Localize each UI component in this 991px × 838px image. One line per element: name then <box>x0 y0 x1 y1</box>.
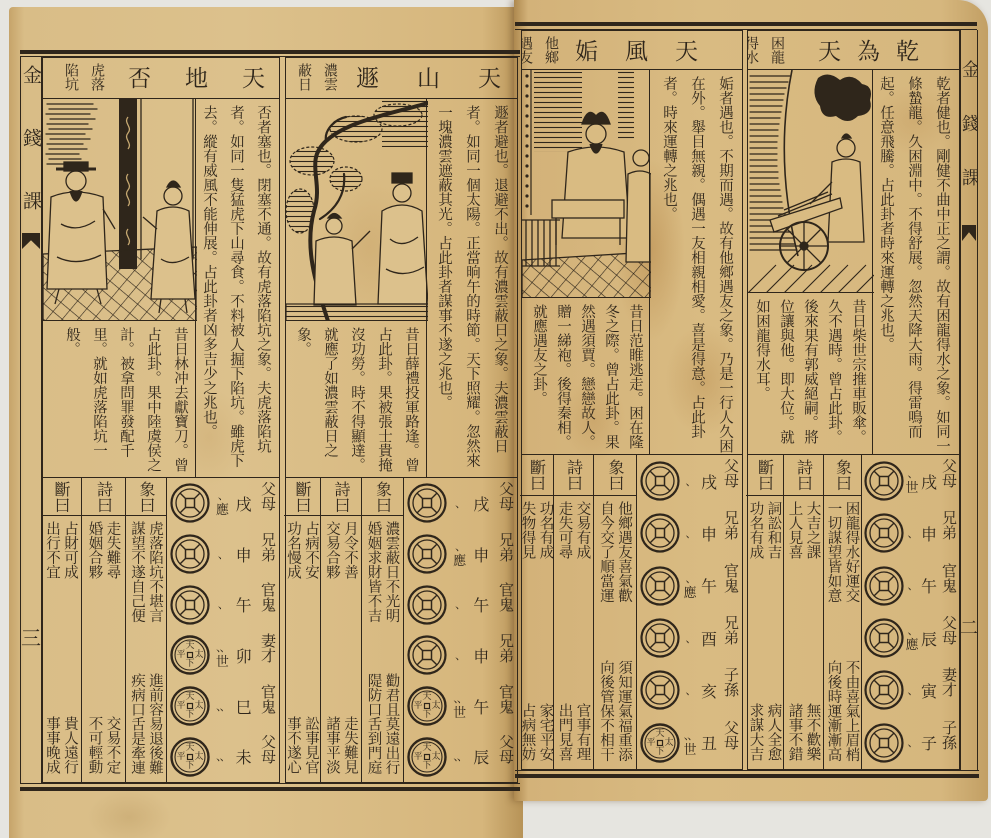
coin-icon <box>407 483 447 523</box>
hexagram-title: 天山遯 <box>334 64 517 90</box>
verse-line: 走失難尋 <box>104 521 122 579</box>
hexagram-line: 父母戌、 <box>637 455 742 507</box>
line-marks: 、、世 <box>452 691 468 721</box>
verse-group-upper: 虎落陷坑不堪言謀望不遂自己便 <box>128 521 164 623</box>
coin-icon: 天太下平 <box>170 737 210 777</box>
verse-line: 須知運氣福重添 <box>615 660 633 762</box>
line-marks: 、應 <box>682 571 698 601</box>
six-relative: 妻才 <box>938 667 958 697</box>
earthly-branch: 辰 <box>472 745 490 768</box>
six-relative: 兄弟 <box>495 633 515 663</box>
verse-line: 訟事見官 <box>302 716 320 774</box>
coin-icon <box>864 618 904 658</box>
title-bar: 天風姤 他鄉遇友 <box>522 31 742 70</box>
verse-group-lower: 家宅平安占病無妨 <box>519 703 555 761</box>
verse-line: 功名慢成 <box>284 521 302 579</box>
seated-official-scene-icon <box>522 70 651 298</box>
hexagram-subtitle: 虎落陷坑 <box>58 63 110 94</box>
hexagram-description: 遯者避也。退避不出。故有濃雲蔽日之象。夫濃雲蔽日者。如同一個太陽。正當晌午的時節… <box>426 99 517 477</box>
coin-inscription-char: 平 <box>413 752 423 762</box>
coin-icon <box>170 585 210 625</box>
shi-body: 走失難尋婚姻合夥 交易不定不可輕動 <box>82 516 125 782</box>
six-relative: 兄弟 <box>720 615 740 645</box>
left-page-bottom-rule <box>20 783 520 791</box>
line-marks: 、、世 <box>214 640 230 670</box>
verse-line: 不由喜氣上眉梢 <box>843 660 861 762</box>
xiang-verse-box: 象曰 濃雲蔽日不光明婚姻求財皆不吉 勸君且莫遠出行隄防口舌到門庭 <box>362 478 404 782</box>
hexagram-title: 天地否 <box>108 64 279 90</box>
hexagram-line: 兄弟酉、 <box>637 612 742 664</box>
earthly-branch: 午 <box>472 593 490 616</box>
woodcut-illustration <box>748 70 874 293</box>
line-dots: 、 <box>908 526 917 541</box>
xiang-body: 虎落陷坑不堪言謀望不遂自己便 進前容易退後難疾病口舌是牽連 <box>126 516 166 782</box>
shi-header: 詩曰 <box>321 478 361 516</box>
line-dots: 、 <box>686 683 695 698</box>
coin-inscription-char: 下 <box>185 659 195 669</box>
oracle-table: 父母戌、 兄弟申、 官鬼午、應 兄弟酉、 子孫亥、 父母丑、、世天太下平 象曰 … <box>522 454 742 769</box>
historical-story: 昔日柴世宗推車販傘。久不遇時。曾占此卦。後來果有郭威絕嗣。將位讓與他。即大位。就… <box>748 293 874 454</box>
verse-group-upper: 詞訟和吉功名有成 <box>747 501 783 559</box>
verse-line: 困龍得水好運交 <box>843 501 861 603</box>
verse-line: 交易合夥 <box>323 521 341 579</box>
six-relative: 父母 <box>938 458 958 488</box>
line-marks: 、 <box>452 496 468 511</box>
hexagram-line: 父母戌、 <box>404 478 517 529</box>
verse-line: 他鄉遇友喜氣歡 <box>615 501 633 603</box>
earthly-branch: 寅 <box>920 679 938 702</box>
coin-icon <box>640 670 680 710</box>
earthly-branch: 申 <box>472 644 490 667</box>
verse-line: 官事有理 <box>574 703 592 761</box>
line-marks: 、 <box>904 683 920 698</box>
line-dots: 、、 <box>216 749 229 764</box>
hexagram-line: 父母未、、天太下平 <box>167 731 279 782</box>
coin-inscription-char: 太 <box>431 752 441 762</box>
verse-line: 進前容易退後難 <box>146 673 164 775</box>
shi-header: 詩曰 <box>554 455 593 496</box>
earthly-branch: 戌 <box>700 470 718 493</box>
verse-line: 諸事不錯 <box>786 703 804 761</box>
verse-line: 功名有成 <box>537 501 555 559</box>
duan-header: 斷曰 <box>746 455 783 496</box>
hexagram-line: 父母辰、應 <box>862 612 959 664</box>
verse-group-lower: 病人全愈求謀大吉 <box>747 703 783 761</box>
coin-inscription-char: 平 <box>176 701 186 711</box>
shi-ying-mark: 世 <box>905 481 918 496</box>
duan-verse-box: 斷曰 詞訟和吉功名有成 病人全愈求謀大吉 <box>746 455 784 769</box>
line-marks: 、、 <box>214 749 230 764</box>
line-marks: 、 <box>682 631 698 646</box>
line-marks: 、、世 <box>682 728 698 758</box>
line-marks: 、 <box>452 597 468 612</box>
line-dots: 、 <box>218 597 227 612</box>
hexagram-line: 官鬼午、 <box>167 579 279 630</box>
verse-group-upper: 功名有成失物得見 <box>519 501 555 559</box>
line-marks: 、 <box>682 526 698 541</box>
coin-icon <box>640 513 680 553</box>
verse-group-lower: 走失難見諸事平淡 <box>323 716 359 774</box>
coin-icon <box>864 513 904 553</box>
six-relative: 父母 <box>720 458 740 488</box>
shi-label: 詩曰 <box>795 459 813 491</box>
verse-group-upper: 交易有成走失可尋 <box>556 501 592 559</box>
coin-inscription-char: 太 <box>194 650 204 660</box>
coin-icon <box>864 461 904 501</box>
coin-icon <box>864 723 904 763</box>
verse-group-lower: 訟事見官事不遂心 <box>284 716 320 774</box>
hexagram-title: 乾為天 <box>807 37 924 63</box>
coin-inscription-char: 平 <box>176 752 186 762</box>
coin-icon: 天太下平 <box>170 686 210 726</box>
hexagram-line: 子孫子、 <box>862 717 959 769</box>
duan-header: 斷曰 <box>284 478 320 516</box>
coin-inscription-char: 平 <box>646 738 656 748</box>
shi-body: 交易有成走失可尋 官事有理出門見喜 <box>554 496 593 769</box>
woodcut-illustration <box>286 99 428 321</box>
coin-inscription-char: 下 <box>185 761 195 771</box>
hexagram-lines: 父母戌、世 兄弟申、 官鬼午、 父母辰、應 妻才寅、 子孫子、 <box>862 455 959 769</box>
xiang-header: 象曰 <box>594 455 636 496</box>
verse-line: 走失可尋 <box>556 501 574 559</box>
line-dots: 、 <box>218 547 227 562</box>
coin-icon <box>170 483 210 523</box>
xiang-label: 象曰 <box>606 459 624 491</box>
shi-body: 月令不善交易合夥 走失難見諸事平淡 <box>321 516 361 782</box>
shi-ying-mark: 世 <box>216 655 229 670</box>
hexagram-line: 兄弟申、 <box>862 507 959 559</box>
hexagram-line: 官鬼午、、世天太下平 <box>404 681 517 732</box>
line-dots: 、 <box>908 683 917 698</box>
xiang-body: 他鄉遇友喜氣歡自今交了順當運 須知運氣福重添向後管保不相干 <box>594 496 636 769</box>
shi-label: 詩曰 <box>565 459 583 491</box>
verse-line: 上人見喜 <box>786 501 804 559</box>
six-relative: 兄弟 <box>257 532 277 562</box>
verse-line: 走失難見 <box>341 716 359 774</box>
earthly-branch: 申 <box>700 522 718 545</box>
coin-icon: 天太下平 <box>640 723 680 763</box>
shi-ying-mark: 應 <box>905 638 918 653</box>
hexagram-panel-pi: 天地否 虎落陷坑 <box>42 57 280 783</box>
six-relative: 父母 <box>495 481 515 511</box>
earthly-branch: 辰 <box>920 627 938 650</box>
right-margin-column: 金錢課 二 <box>960 30 978 770</box>
line-marks: 、應 <box>904 623 920 653</box>
duan-body: 詞訟和吉功名有成 病人全愈求謀大吉 <box>746 496 783 769</box>
verse-line: 事事晚成 <box>43 716 61 774</box>
line-marks: 、應 <box>214 488 230 518</box>
historical-story: 昔日薛禮投軍路逢。曾占此卦。果被張士貴掩沒功勞。時不得顯達。就應了如濃雲蔽日之象… <box>286 321 428 477</box>
verse-group-lower: 不由喜氣上眉梢向後時運漸漸高 <box>825 660 861 762</box>
line-dots: 、、 <box>216 640 229 655</box>
earthly-branch: 酉 <box>700 627 718 650</box>
hexagram-line: 兄弟申、應 <box>404 529 517 580</box>
hexagram-line: 妻才卯、、世天太下平 <box>167 630 279 681</box>
line-dots: 、 <box>455 496 464 511</box>
verse-line: 不可輕動 <box>86 716 104 774</box>
line-dots: 、、 <box>216 699 229 714</box>
page-number: 三 <box>21 627 41 649</box>
verse-group-lower: 進前容易退後難疾病口舌是牽連 <box>128 673 164 775</box>
six-relative: 官鬼 <box>257 582 277 612</box>
hexagram-line: 官鬼午、應 <box>637 560 742 612</box>
six-relative: 父母 <box>938 615 958 645</box>
verse-line: 占財可成 <box>61 521 79 579</box>
shi-ying-mark: 應 <box>683 586 696 601</box>
woodcut-illustration <box>43 99 197 321</box>
line-dots: 、 <box>908 466 917 481</box>
line-dots: 、 <box>908 735 917 750</box>
shi-body: 大吉之課上人見喜 無不歡樂諸事不錯 <box>784 496 823 769</box>
line-marks: 、、 <box>452 749 468 764</box>
verse-group-upper: 月令不善交易合夥 <box>323 521 359 579</box>
right-page-bottom-rule <box>515 770 979 778</box>
verse-line: 占病不安 <box>302 521 320 579</box>
line-dots: 、 <box>686 474 695 489</box>
six-relative: 兄弟 <box>720 510 740 540</box>
xiang-verse-box: 象曰 他鄉遇友喜氣歡自今交了順當運 須知運氣福重添向後管保不相干 <box>594 455 637 769</box>
hexagram-lines: 父母戌、應 兄弟申、 官鬼午、 妻才卯、、世天太下平 官鬼巳、、天太下平 父母未… <box>167 478 279 782</box>
coin-icon <box>864 670 904 710</box>
line-marks: 、 <box>682 683 698 698</box>
historical-story: 昔日林冲去獻寶刀。曾占此卦。果中陸虞侯之計。被拿問罪發配千里。就如虎落陷坑一般。 <box>43 321 197 477</box>
six-relative: 父母 <box>257 481 277 511</box>
hexagram-title: 天風姤 <box>559 37 709 63</box>
coin-inscription-char: 下 <box>185 710 195 720</box>
line-marks: 、、 <box>214 699 230 714</box>
verse-group-lower: 官事有理出門見喜 <box>556 703 592 761</box>
duan-label: 斷曰 <box>756 459 774 491</box>
verse-group-lower: 交易不定不可輕動 <box>86 716 122 774</box>
line-marks: 、世 <box>904 466 920 496</box>
duan-label: 斷曰 <box>528 459 546 491</box>
six-relative: 子孫 <box>938 720 958 750</box>
xiang-header: 象曰 <box>824 455 861 496</box>
woodcut-illustration <box>522 70 651 298</box>
verse-group-upper: 占病不安功名慢成 <box>284 521 320 579</box>
xiang-label: 象曰 <box>834 459 852 491</box>
page-number: 二 <box>960 618 978 640</box>
verse-line: 家宅平安 <box>537 703 555 761</box>
verse-group-upper: 濃雲蔽日不光明婚姻求財皆不吉 <box>365 521 401 623</box>
hexagram-description: 否者塞也。閉塞不通。故有虎落陷坑之象。夫虎落陷坑者。如同一隻猛虎下山尋食。不料被… <box>195 99 279 477</box>
earthly-branch: 未 <box>235 745 253 768</box>
fish-tail-mark <box>962 225 976 241</box>
line-dots: 、、 <box>453 691 466 706</box>
verse-group-lower: 須知運氣福重添向後管保不相干 <box>597 660 633 762</box>
coin-icon <box>864 566 904 606</box>
hexagram-description: 姤者遇也。不期而遇。故有他鄉遇友之象。乃是一行人久困在外。舉目無親。偶遇一友相親… <box>649 70 742 454</box>
duan-header: 斷曰 <box>41 478 81 516</box>
duan-verse-box: 斷曰 占病不安功名慢成 訟事見官事不遂心 <box>284 478 321 782</box>
duan-verse-box: 斷曰 功名有成失物得見 家宅平安占病無妨 <box>520 455 554 769</box>
hexagram-line: 子孫亥、 <box>637 664 742 716</box>
six-relative: 官鬼 <box>495 684 515 714</box>
title-bar: 天山遯 濃雲蔽日 <box>286 58 517 99</box>
line-dots: 、 <box>686 571 695 586</box>
xiang-header: 象曰 <box>126 478 166 516</box>
duan-label: 斷曰 <box>52 481 70 513</box>
duan-body: 占病不安功名慢成 訟事見官事不遂心 <box>284 516 320 782</box>
six-relative: 官鬼 <box>257 684 277 714</box>
hexagram-line: 父母戌、應 <box>167 478 279 529</box>
oracle-table: 父母戌、世 兄弟申、 官鬼午、 父母辰、應 妻才寅、 子孫子、 象曰 困龍得水好… <box>748 454 959 769</box>
shi-ying-mark: 應 <box>216 503 229 518</box>
coin-icon: 天太下平 <box>170 635 210 675</box>
line-marks: 、 <box>904 578 920 593</box>
line-dots: 、 <box>455 648 464 663</box>
earthly-branch: 申 <box>472 543 490 566</box>
oracle-table: 父母戌、 兄弟申、應 官鬼午、 兄弟申、 官鬼午、、世天太下平 父母辰、、天太下… <box>286 477 517 782</box>
six-relative: 父母 <box>257 734 277 764</box>
verse-line: 婚姻合夥 <box>86 521 104 579</box>
shi-verse-box: 詩曰 大吉之課上人見喜 無不歡樂諸事不錯 <box>784 455 824 769</box>
verse-line: 自今交了順當運 <box>597 501 615 603</box>
shi-header: 詩曰 <box>82 478 125 516</box>
right-page-top-rule <box>515 22 977 30</box>
earthly-branch: 子 <box>920 731 938 754</box>
earthly-branch: 午 <box>700 574 718 597</box>
line-dots: 、、 <box>453 749 466 764</box>
verse-line: 婚姻求財皆不吉 <box>365 521 383 623</box>
hexagram-lines: 父母戌、 兄弟申、應 官鬼午、 兄弟申、 官鬼午、、世天太下平 父母辰、、天太下… <box>404 478 517 782</box>
hexagram-panel-dun: 天山遯 濃雲蔽日 <box>285 57 518 783</box>
coin-inscription-char: 平 <box>176 650 186 660</box>
shi-ying-mark: 應 <box>453 554 466 569</box>
duan-body: 占財可成出行不宜 貴人遠行事事晚成 <box>41 516 81 782</box>
coin-icon <box>407 635 447 675</box>
verse-line: 出門見喜 <box>556 703 574 761</box>
verse-line: 占病無妨 <box>519 703 537 761</box>
hexagram-line: 官鬼午、 <box>404 579 517 630</box>
hexagram-subtitle: 濃雲蔽日 <box>291 63 343 94</box>
verse-line: 月令不善 <box>341 521 359 579</box>
verse-line: 病人全愈 <box>765 703 783 761</box>
six-relative: 妻才 <box>257 633 277 663</box>
verse-line: 失物得見 <box>519 501 537 559</box>
verse-line: 濃雲蔽日不光明 <box>383 521 401 623</box>
line-marks: 、 <box>904 735 920 750</box>
xiang-header: 象曰 <box>362 478 403 516</box>
xiang-verse-box: 象曰 困龍得水好運交一切謀望皆如意 不由喜氣上眉梢向後時運漸漸高 <box>824 455 862 769</box>
verse-group-lower: 勸君且莫遠出行隄防口舌到門庭 <box>365 673 401 775</box>
verse-line: 謀望不遂自己便 <box>128 521 146 623</box>
earthly-branch: 申 <box>235 543 253 566</box>
line-dots: 、 <box>686 526 695 541</box>
coin-icon <box>640 618 680 658</box>
title-bar: 天地否 虎落陷坑 <box>43 58 279 99</box>
earthly-branch: 巳 <box>235 695 253 718</box>
earthly-branch: 午 <box>235 593 253 616</box>
verse-line: 貴人遠行 <box>61 716 79 774</box>
verse-line: 諸事平淡 <box>323 716 341 774</box>
verse-line: 大吉之課 <box>804 501 822 559</box>
shi-verse-box: 詩曰 交易有成走失可尋 官事有理出門見喜 <box>554 455 594 769</box>
line-marks: 、 <box>452 648 468 663</box>
verse-line: 虎落陷坑不堪言 <box>146 521 164 623</box>
tree-and-figures-scene-icon <box>286 99 428 321</box>
coin-inscription-char: 太 <box>194 701 204 711</box>
xiang-verse-box: 象曰 虎落陷坑不堪言謀望不遂自己便 進前容易退後難疾病口舌是牽連 <box>126 478 167 782</box>
coin-icon: 天太下平 <box>407 686 447 726</box>
line-marks: 、 <box>214 597 230 612</box>
hexagram-subtitle: 困龍得水 <box>748 36 790 67</box>
verse-line: 詞訟和吉 <box>765 501 783 559</box>
line-marks: 、 <box>682 474 698 489</box>
earthly-branch: 午 <box>472 695 490 718</box>
verse-line: 交易不定 <box>104 716 122 774</box>
historical-story: 昔日范睢逃走。困在隆冬之際。曾占此卦。果然遇須賈。戀戀故人。贈一綈袍。後得秦相。… <box>522 298 651 454</box>
line-dots: 、、 <box>684 728 697 743</box>
six-relative: 兄弟 <box>938 510 958 540</box>
coin-inscription-char: 下 <box>655 747 665 757</box>
coin-icon: 天太下平 <box>407 737 447 777</box>
hexagram-line: 兄弟申、 <box>637 507 742 559</box>
six-relative: 兄弟 <box>495 532 515 562</box>
coin-inscription-char: 太 <box>664 738 674 748</box>
shi-ying-mark: 世 <box>453 706 466 721</box>
title-bar: 乾為天 困龍得水 <box>748 31 959 70</box>
coin-inscription-char: 下 <box>422 710 432 720</box>
xiang-body: 濃雲蔽日不光明婚姻求財皆不吉 勸君且莫遠出行隄防口舌到門庭 <box>362 516 403 782</box>
six-relative: 父母 <box>720 720 740 750</box>
shi-label: 詩曰 <box>332 481 350 513</box>
hexagram-line: 兄弟申、 <box>404 630 517 681</box>
line-marks: 、應 <box>452 539 468 569</box>
verse-group-upper: 困龍得水好運交一切謀望皆如意 <box>825 501 861 603</box>
earthly-branch: 申 <box>920 522 938 545</box>
verse-group-upper: 他鄉遇友喜氣歡自今交了順當運 <box>597 501 633 603</box>
verse-line: 向後時運漸漸高 <box>825 660 843 762</box>
series-title: 金錢課 <box>20 65 42 254</box>
duan-header: 斷曰 <box>520 455 553 496</box>
verse-line: 疾病口舌是牽連 <box>128 673 146 775</box>
verse-line: 功名有成 <box>747 501 765 559</box>
left-page-top-rule <box>20 50 520 57</box>
verse-line: 勸君且莫遠出行 <box>383 673 401 775</box>
verse-group-upper: 走失難尋婚姻合夥 <box>86 521 122 579</box>
hexagram-panel-gou: 天風姤 他鄉遇友 姤者遇也。不期而遇。故有他鄉遇友之象。乃是一 <box>521 30 743 770</box>
verse-group-upper: 大吉之課上人見喜 <box>786 501 822 559</box>
hexagram-line: 兄弟申、 <box>167 529 279 580</box>
line-dots: 、 <box>686 631 695 646</box>
hexagram-line: 官鬼巳、、天太下平 <box>167 681 279 732</box>
line-dots: 、 <box>218 488 227 503</box>
hexagram-line: 父母丑、、世天太下平 <box>637 717 742 769</box>
coin-inscription-char: 太 <box>431 701 441 711</box>
cart-pusher-scene-icon <box>748 70 874 293</box>
verse-group-lower: 無不歡樂諸事不錯 <box>786 703 822 761</box>
six-relative: 子孫 <box>720 667 740 697</box>
six-relative: 父母 <box>495 734 515 764</box>
hexagram-line: 妻才寅、 <box>862 664 959 716</box>
oracle-table: 父母戌、應 兄弟申、 官鬼午、 妻才卯、、世天太下平 官鬼巳、、天太下平 父母未… <box>43 477 279 782</box>
coin-icon <box>640 566 680 606</box>
hexagram-line: 父母戌、世 <box>862 455 959 507</box>
xiang-body: 困龍得水好運交一切謀望皆如意 不由喜氣上眉梢向後時運漸漸高 <box>824 496 861 769</box>
shi-header: 詩曰 <box>784 455 823 496</box>
line-dots: 、 <box>455 539 464 554</box>
line-marks: 、 <box>904 526 920 541</box>
earthly-branch: 戌 <box>920 470 938 493</box>
hexagram-lines: 父母戌、 兄弟申、 官鬼午、應 兄弟酉、 子孫亥、 父母丑、、世天太下平 <box>637 455 742 769</box>
coin-icon <box>170 534 210 574</box>
line-dots: 、 <box>908 578 917 593</box>
verse-group-lower: 貴人遠行事事晚成 <box>43 716 79 774</box>
coin-inscription-char: 太 <box>194 752 204 762</box>
hexagram-line: 官鬼午、 <box>862 560 959 612</box>
shi-verse-box: 詩曰 走失難尋婚姻合夥 交易不定不可輕動 <box>82 478 126 782</box>
